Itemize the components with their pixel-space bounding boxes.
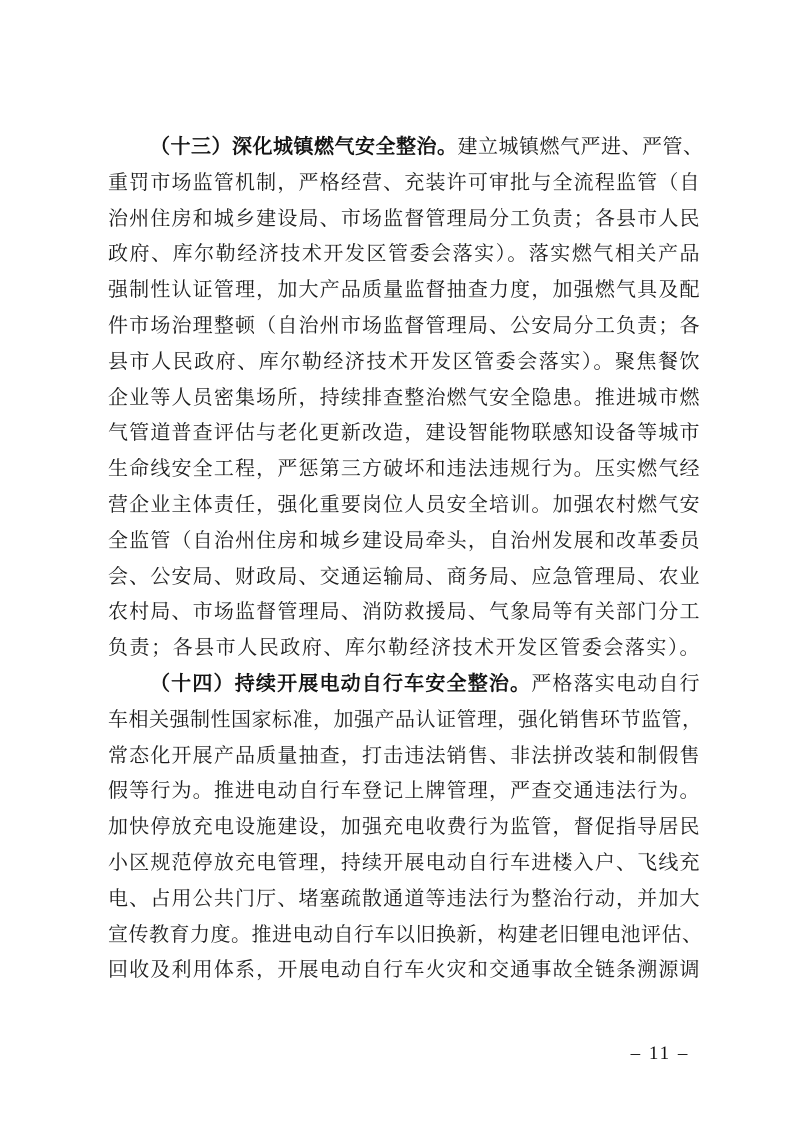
text-line: 车相关强制性国家标准，加强产品认证管理，强化销售环节监管， — [108, 703, 700, 739]
body-text: 重罚市场监管机制，严格经营、充装许可审批与全流程监管（自 — [108, 172, 700, 194]
text-line: 会、公安局、财政局、交通运输局、商务局、应急管理局、农业 — [108, 560, 700, 596]
document-page: （十三）深化城镇燃气安全整治。建立城镇燃气严进、严管、重罚市场监管机制，严格经营… — [0, 0, 793, 1122]
document-text-block: （十三）深化城镇燃气安全整治。建立城镇燃气严进、严管、重罚市场监管机制，严格经营… — [108, 130, 700, 989]
body-text: 加快停放充电设施建设，加强充电收费行为监管，督促指导居民 — [108, 816, 700, 838]
section-heading: （十三）深化城镇燃气安全整治。 — [150, 136, 458, 158]
text-line: 气管道普查评估与老化更新改造，建设智能物联感知设备等城市 — [108, 416, 700, 452]
text-line: 小区规范停放充电管理，持续开展电动自行车进楼入户、飞线充 — [108, 846, 700, 882]
body-text: 县市人民政府、库尔勒经济技术开发区管委会落实）。聚焦餐饮 — [108, 351, 700, 373]
page-number: – 11 – — [600, 1042, 720, 1066]
text-line: 全监管（自治州住房和城乡建设局牵头，自治州发展和改革委员 — [108, 524, 700, 560]
text-line: 县市人民政府、库尔勒经济技术开发区管委会落实）。聚焦餐饮 — [108, 345, 700, 381]
text-line: 件市场治理整顿（自治州市场监督管理局、公安局分工负责；各 — [108, 309, 700, 345]
text-line: 治州住房和城乡建设局、市场监督管理局分工负责；各县市人民 — [108, 202, 700, 238]
body-text: 件市场治理整顿（自治州市场监督管理局、公安局分工负责；各 — [108, 315, 700, 337]
text-line: 政府、库尔勒经济技术开发区管委会落实）。落实燃气相关产品 — [108, 237, 700, 273]
body-text: 气管道普查评估与老化更新改造，建设智能物联感知设备等城市 — [108, 422, 700, 444]
text-line: 重罚市场监管机制，严格经营、充装许可审批与全流程监管（自 — [108, 166, 700, 202]
body-text: 建立城镇燃气严进、严管、 — [458, 136, 701, 158]
text-line: 加快停放充电设施建设，加强充电收费行为监管，督促指导居民 — [108, 810, 700, 846]
body-text: 车相关强制性国家标准，加强产品认证管理，强化销售环节监管， — [108, 709, 700, 731]
body-text: 生命线安全工程，严惩第三方破坏和违法违规行为。压实燃气经 — [108, 458, 700, 480]
text-line: 常态化开展产品质量抽查，打击违法销售、非法拼改装和制假售 — [108, 739, 700, 775]
text-line: 电、占用公共门厅、堵塞疏散通道等违法行为整治行动，并加大 — [108, 882, 700, 918]
body-text: 会、公安局、财政局、交通运输局、商务局、应急管理局、农业 — [108, 566, 700, 588]
body-text: 企业等人员密集场所，持续排查整治燃气安全隐患。推进城市燃 — [108, 387, 700, 409]
text-line: 宣传教育力度。推进电动自行车以旧换新，构建老旧锂电池评估、 — [108, 918, 700, 954]
body-text: 强制性认证管理，加大产品质量监督抽查力度，加强燃气具及配 — [108, 279, 700, 301]
body-text: 宣传教育力度。推进电动自行车以旧换新，构建老旧锂电池评估、 — [108, 924, 700, 946]
body-text: 农村局、市场监督管理局、消防救援局、气象局等有关部门分工 — [108, 601, 700, 623]
text-line: 营企业主体责任，强化重要岗位人员安全培训。加强农村燃气安 — [108, 488, 700, 524]
body-text: 治州住房和城乡建设局、市场监督管理局分工负责；各县市人民 — [108, 208, 700, 230]
text-line: 假等行为。推进电动自行车登记上牌管理，严查交通违法行为。 — [108, 774, 700, 810]
body-text: 小区规范停放充电管理，持续开展电动自行车进楼入户、飞线充 — [108, 852, 700, 874]
text-line: 强制性认证管理，加大产品质量监督抽查力度，加强燃气具及配 — [108, 273, 700, 309]
text-line: 企业等人员密集场所，持续排查整治燃气安全隐患。推进城市燃 — [108, 381, 700, 417]
body-text: 全监管（自治州住房和城乡建设局牵头，自治州发展和改革委员 — [108, 530, 700, 552]
text-line: 农村局、市场监督管理局、消防救援局、气象局等有关部门分工 — [108, 595, 700, 631]
text-line: 负责；各县市人民政府、库尔勒经济技术开发区管委会落实）。 — [108, 631, 700, 667]
body-text: 常态化开展产品质量抽查，打击违法销售、非法拼改装和制假售 — [108, 745, 700, 767]
text-line: （十三）深化城镇燃气安全整治。建立城镇燃气严进、严管、 — [108, 130, 700, 166]
section-heading: （十四）持续开展电动自行车安全整治。 — [150, 673, 531, 695]
body-text: 严格落实电动自行 — [531, 673, 700, 695]
body-text: 负责；各县市人民政府、库尔勒经济技术开发区管委会落实）。 — [108, 637, 700, 659]
body-text: 电、占用公共门厅、堵塞疏散通道等违法行为整治行动，并加大 — [108, 888, 700, 910]
text-line: 回收及利用体系，开展电动自行车火灾和交通事故全链条溯源调 — [108, 953, 700, 989]
body-text: 回收及利用体系，开展电动自行车火灾和交通事故全链条溯源调 — [108, 959, 700, 981]
text-line: （十四）持续开展电动自行车安全整治。严格落实电动自行 — [108, 667, 700, 703]
body-text: 假等行为。推进电动自行车登记上牌管理，严查交通违法行为。 — [108, 780, 700, 802]
text-line: 生命线安全工程，严惩第三方破坏和违法违规行为。压实燃气经 — [108, 452, 700, 488]
body-text: 营企业主体责任，强化重要岗位人员安全培训。加强农村燃气安 — [108, 494, 700, 516]
body-text: 政府、库尔勒经济技术开发区管委会落实）。落实燃气相关产品 — [108, 243, 700, 265]
